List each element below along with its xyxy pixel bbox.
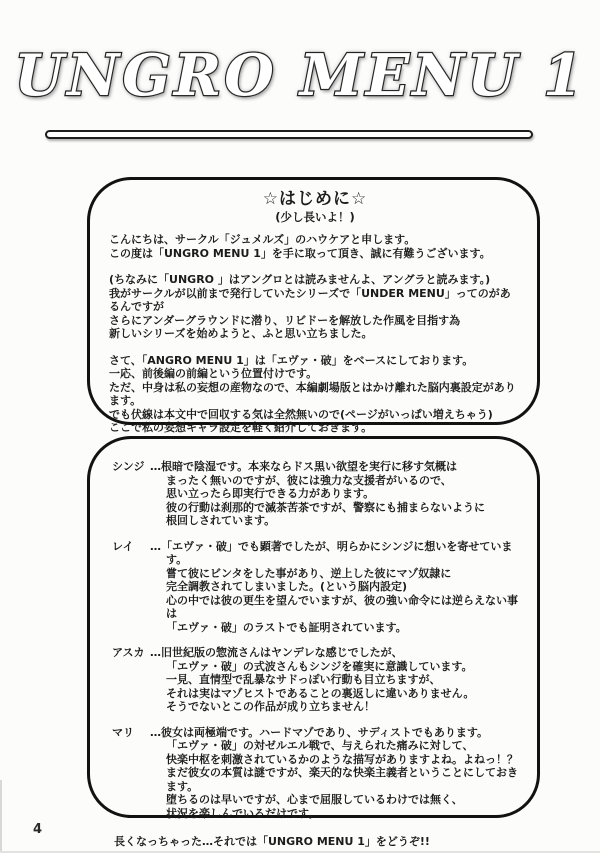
intro-paragraph-1: こんにちは、サークル「ジュメルズ」のハウケアと申します。 この度は「UNGRO … bbox=[109, 233, 521, 260]
intro-paragraph-3: さて、「ANGRO MENU 1」は「エヴァ・破」をベースにしております。 一応… bbox=[109, 354, 521, 435]
character-settings-box: シンジ …根暗で陰湿です。本来ならドス黒い欲望を実行に移す気概は まったく無いの… bbox=[87, 436, 540, 818]
page-number: 4 bbox=[33, 822, 42, 837]
character-name: アスカ bbox=[112, 646, 150, 714]
intro-paragraph-2: (ちなみに「UNGRO 」はアングロとは読みませんよ、アングラと読みます。) 我… bbox=[109, 273, 521, 341]
title-underline-rule bbox=[45, 130, 533, 139]
intro-box: ☆はじめに☆ (少し長いよ！) こんにちは、サークル「ジュメルズ」のハウケアと申… bbox=[87, 177, 540, 425]
character-name: レイ bbox=[112, 540, 150, 635]
character-entry-rei: レイ …「エヴァ・破」でも顕著でしたが、明らかにシンジに想いを寄せています。 嘗… bbox=[112, 540, 525, 635]
intro-heading: ☆はじめに☆ bbox=[109, 189, 521, 210]
page-title: UNGRO MENU 1 bbox=[14, 42, 585, 109]
page-header: UNGRO MENU 1 bbox=[0, 42, 600, 109]
character-description: …彼女は両極端です。ハードマゾであり、サディストでもあります。 「エヴァ・破」の… bbox=[150, 726, 525, 821]
character-name: シンジ bbox=[112, 460, 150, 528]
character-description: …根暗で陰湿です。本来ならドス黒い欲望を実行に移す気概は まったく無いのですが、… bbox=[150, 460, 525, 528]
intro-subheading: (少し長いよ！) bbox=[109, 210, 521, 224]
character-name: マリ bbox=[112, 726, 150, 821]
closing-line: 長くなっちゃった…それでは「UNGRO MENU 1」をどうぞ!! bbox=[112, 835, 525, 849]
character-description: …「エヴァ・破」でも顕著でしたが、明らかにシンジに想いを寄せています。 嘗て彼に… bbox=[150, 540, 525, 635]
character-entry-shinji: シンジ …根暗で陰湿です。本来ならドス黒い欲望を実行に移す気概は まったく無いの… bbox=[112, 460, 525, 528]
character-entry-asuka: アスカ …旧世紀版の惣流さんはヤンデレな感じでしたが、 「エヴァ・破」の式波さん… bbox=[112, 646, 525, 714]
character-description: …旧世紀版の惣流さんはヤンデレな感じでしたが、 「エヴァ・破」の式波さんもシンジ… bbox=[150, 646, 525, 714]
scan-edge-artifact bbox=[0, 780, 2, 853]
character-entry-mari: マリ …彼女は両極端です。ハードマゾであり、サディストでもあります。 「エヴァ・… bbox=[112, 726, 525, 821]
